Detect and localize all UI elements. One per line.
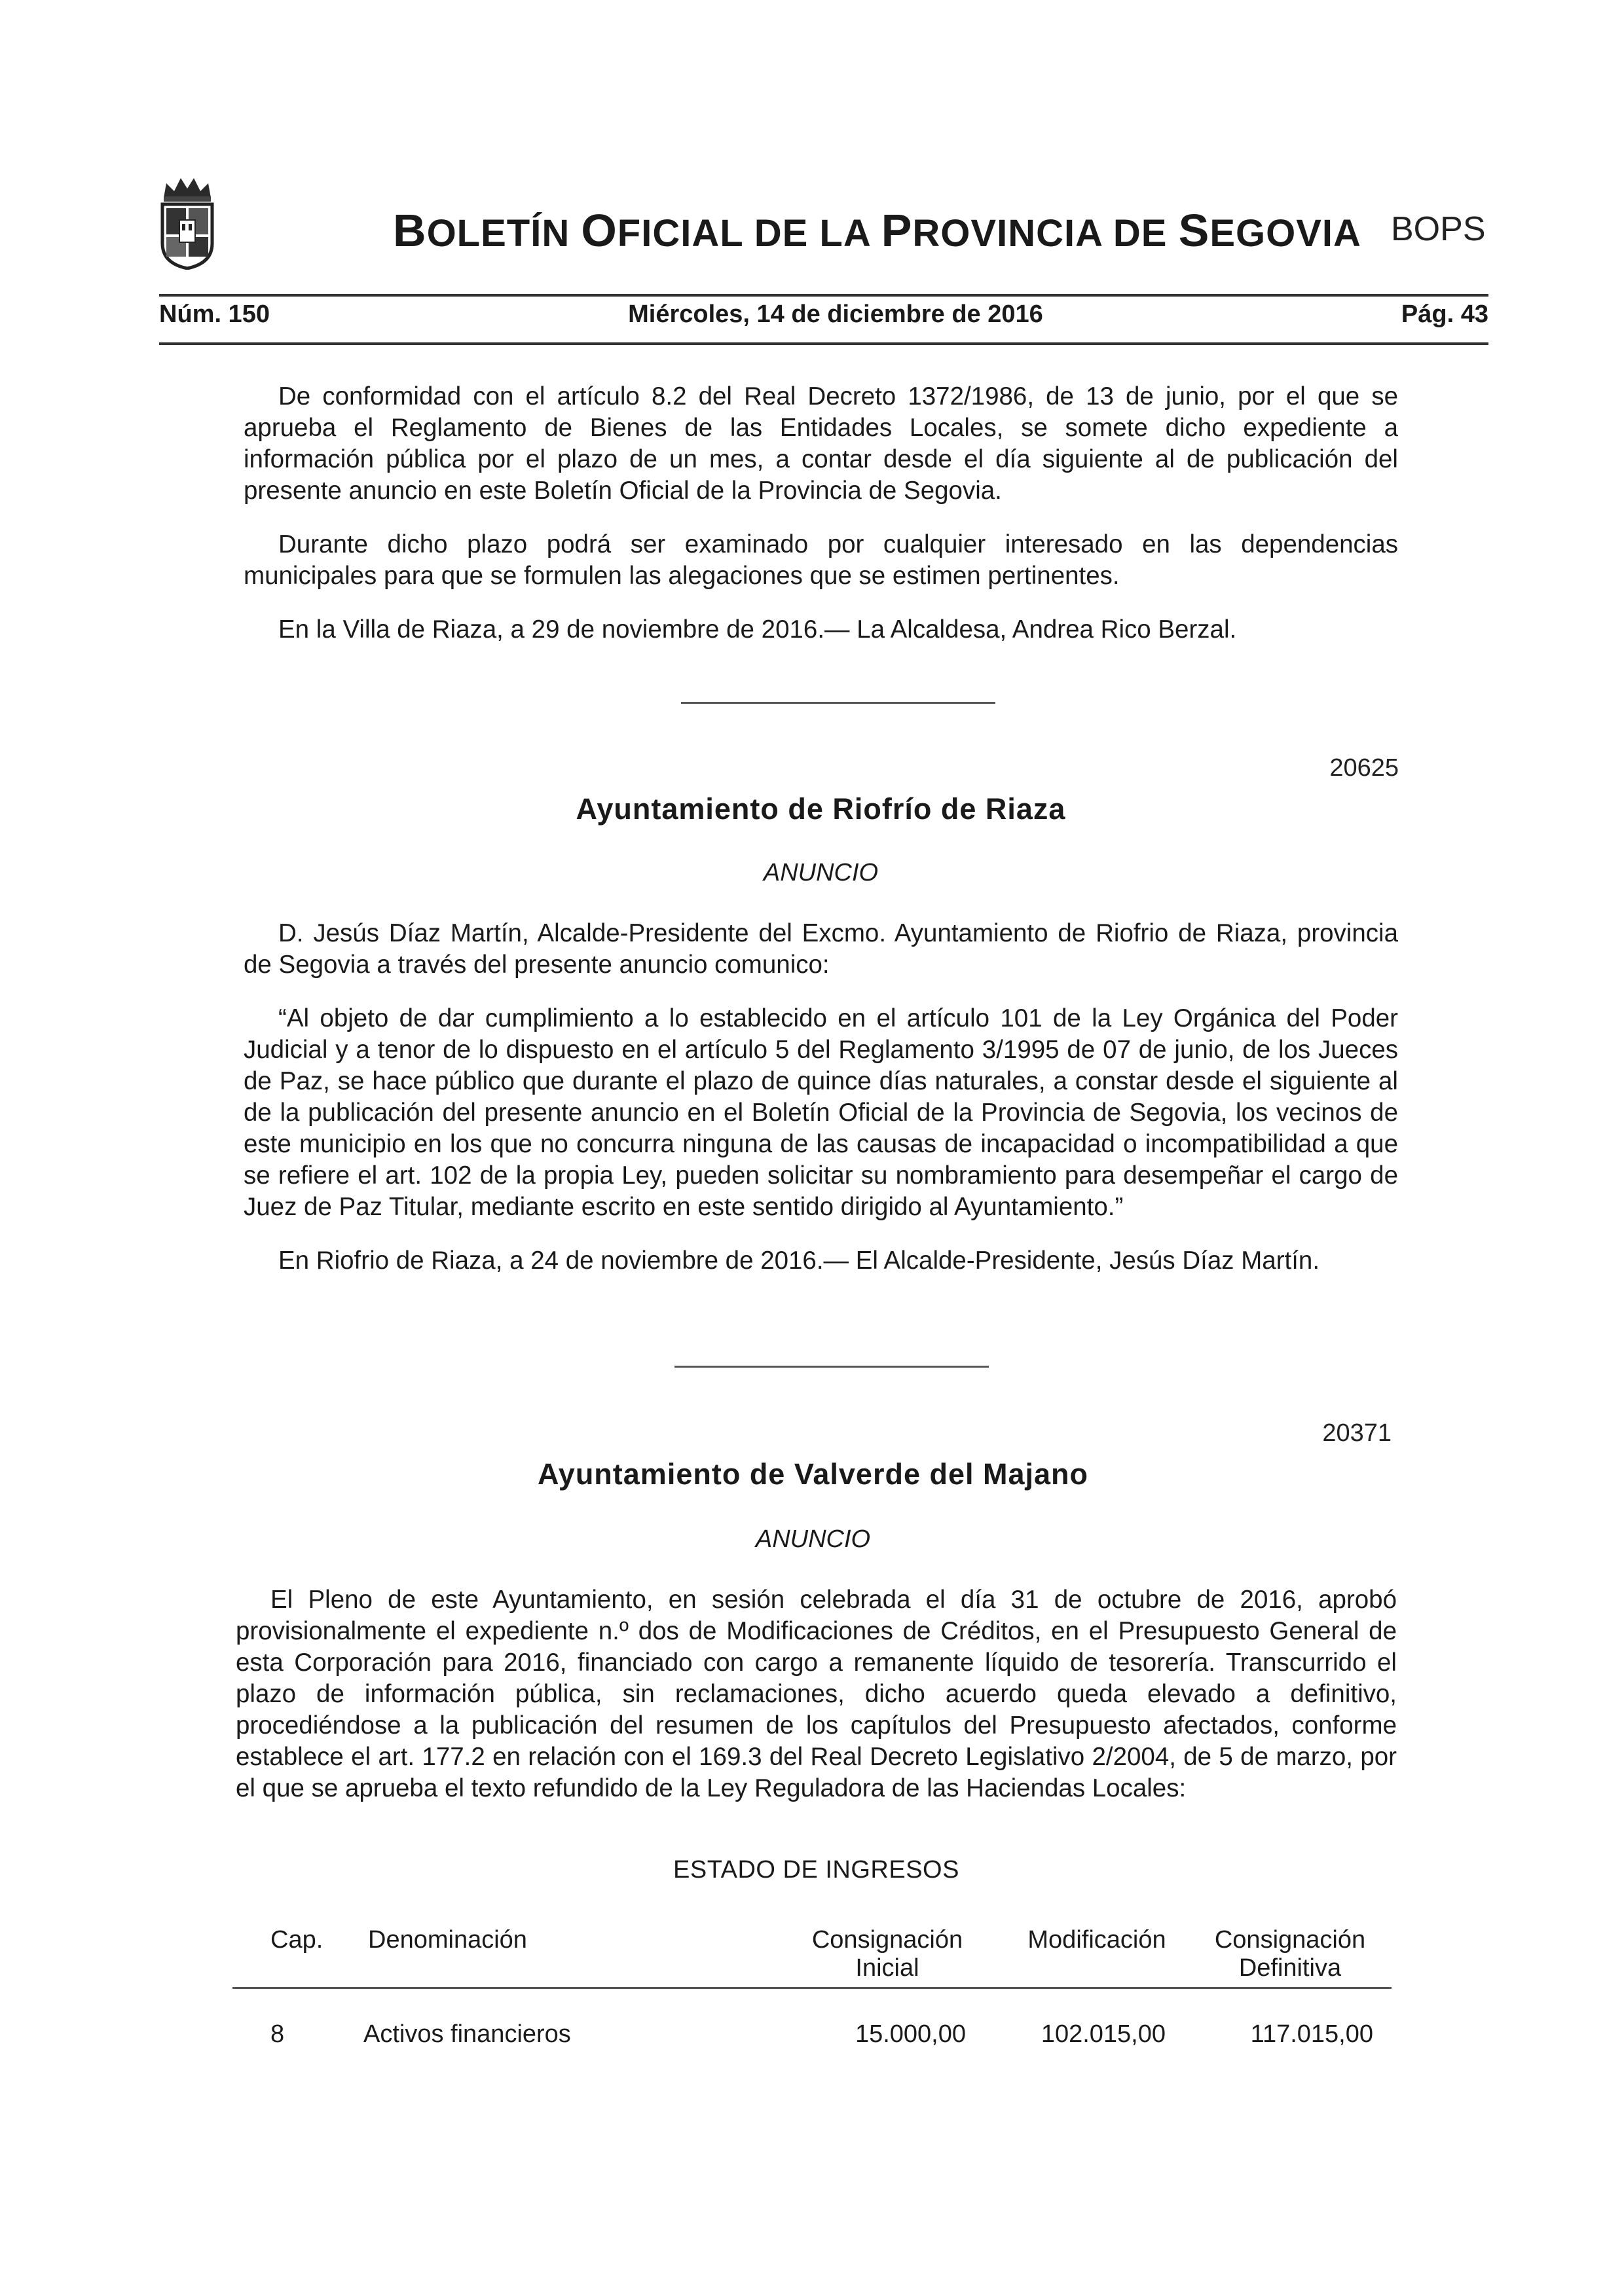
cell-modificacion: 102.015,00 bbox=[1005, 2020, 1166, 2049]
header-cap: Cap. bbox=[270, 1926, 323, 1954]
registry-number: 20625 bbox=[1244, 754, 1399, 782]
entity-title: Ayuntamiento de Valverde del Majano bbox=[236, 1457, 1390, 1491]
header-denominacion: Denominación bbox=[368, 1926, 527, 1954]
masthead-title-part: SEGOVIA bbox=[1179, 212, 1361, 255]
cell-consignacion-inicial: 15.000,00 bbox=[796, 2020, 966, 2049]
signature-line: En Riofrio de Riaza, a 24 de noviembre d… bbox=[244, 1245, 1398, 1277]
issue-date: Miércoles, 14 de diciembre de 2016 bbox=[628, 301, 1043, 329]
bulletin-code: BOPS bbox=[1391, 210, 1486, 249]
riaza-notice-continuation: De conformidad con el artículo 8.2 del R… bbox=[244, 381, 1398, 646]
registry-number: 20371 bbox=[1244, 1419, 1392, 1448]
section-divider bbox=[674, 1366, 989, 1368]
quoted-paragraph: “Al objeto de dar cumplimiento a lo esta… bbox=[244, 1003, 1398, 1223]
cell-denominacion: Activos financieros bbox=[363, 2020, 571, 2049]
header-rule-top bbox=[159, 294, 1488, 297]
riofrio-notice-body: D. Jesús Díaz Martín, Alcalde-Presidente… bbox=[244, 918, 1398, 1277]
table-header-rule bbox=[232, 1987, 1392, 1989]
masthead-title: BOLETÍN OFICIAL DE LA PROVINCIA DE SEGOV… bbox=[393, 204, 1361, 257]
header-consignacion-definitiva: Consignación Definitiva bbox=[1202, 1926, 1378, 1982]
issue-number: Núm. 150 bbox=[159, 301, 270, 329]
section-divider bbox=[681, 702, 995, 704]
page-number: Pág. 43 bbox=[1401, 301, 1488, 329]
notice-type: ANUNCIO bbox=[236, 1525, 1390, 1554]
body-paragraph: D. Jesús Díaz Martín, Alcalde-Presidente… bbox=[244, 918, 1398, 981]
entity-title: Ayuntamiento de Riofrío de Riaza bbox=[244, 792, 1398, 826]
coat-of-arms-icon bbox=[157, 172, 217, 270]
valverde-notice-body: El Pleno de este Ayuntamiento, en sesión… bbox=[236, 1584, 1397, 1804]
header-modificacion: Modificación bbox=[1015, 1926, 1179, 1954]
cell-consignacion-definitiva: 117.015,00 bbox=[1202, 2020, 1373, 2049]
masthead-title-part: OFICIAL DE LA bbox=[581, 212, 881, 255]
header-rule-bottom bbox=[159, 342, 1488, 345]
body-paragraph: El Pleno de este Ayuntamiento, en sesión… bbox=[236, 1584, 1397, 1804]
issue-meta-row: Núm. 150 Miércoles, 14 de diciembre de 2… bbox=[159, 301, 1488, 329]
table-title: ESTADO DE INGRESOS bbox=[236, 1856, 1397, 1884]
header-consignacion-inicial: Consignación Inicial bbox=[796, 1926, 979, 1982]
masthead-title-part: PROVINCIA DE bbox=[881, 212, 1179, 255]
body-paragraph: De conformidad con el artículo 8.2 del R… bbox=[244, 381, 1398, 507]
cell-cap: 8 bbox=[270, 2020, 284, 2049]
body-paragraph: Durante dicho plazo podrá ser examinado … bbox=[244, 529, 1398, 592]
signature-line: En la Villa de Riaza, a 29 de noviembre … bbox=[244, 614, 1398, 646]
masthead-title-part: BOLETÍN bbox=[393, 212, 581, 255]
notice-type: ANUNCIO bbox=[244, 859, 1398, 887]
